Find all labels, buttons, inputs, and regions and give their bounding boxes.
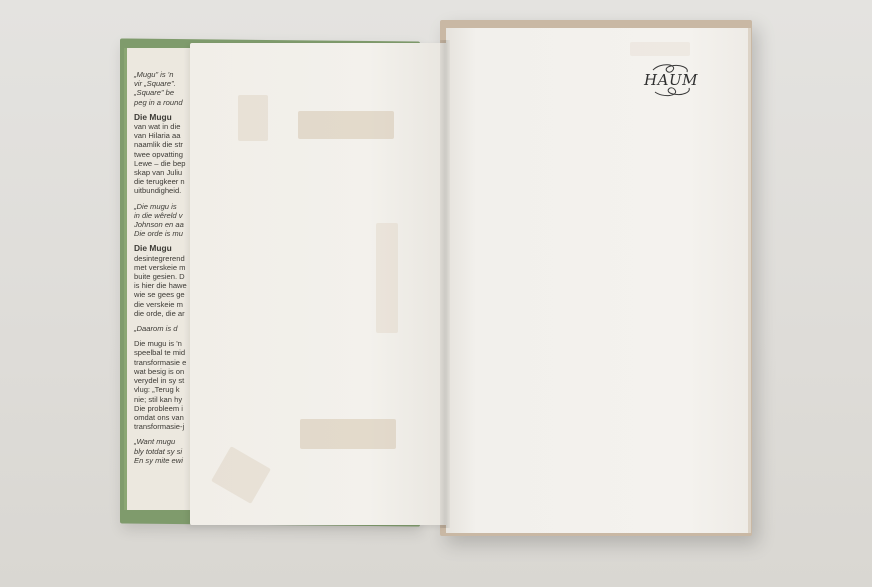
blurb-line: „Mugu” is 'n xyxy=(134,70,173,79)
blurb-line: desintegrerend xyxy=(134,254,185,263)
tape-stain xyxy=(376,223,398,333)
blurb-line: speelbal te mid xyxy=(134,348,185,357)
blurb-heading: Die Mugu xyxy=(134,112,172,122)
blurb-line: van Hilaria aa xyxy=(134,131,180,140)
tape-stain xyxy=(238,95,268,141)
blurb-line: „Want mugu xyxy=(134,437,175,446)
tape-stain xyxy=(300,419,396,449)
blurb-line: Die orde is mu xyxy=(134,229,183,238)
blurb-line: „Die mugu is xyxy=(134,202,177,211)
tape-stain xyxy=(630,42,690,56)
blurb-line: omdat ons van xyxy=(134,413,184,422)
tape-stain xyxy=(211,446,271,504)
blurb-line: En sy mite ewi xyxy=(134,456,183,465)
blurb-line: Lewe – die bep xyxy=(134,159,186,168)
blurb-line: twee opvatting xyxy=(134,150,183,159)
blurb-line: bly totdat sy si xyxy=(134,447,182,456)
photo-scene: „Mugu” is 'n vir „Square”. „Square” be p… xyxy=(0,0,872,587)
blurb-line: die terugkeer n xyxy=(134,177,185,186)
blurb-line: die verskeie m xyxy=(134,300,183,309)
blurb-line: wie se gees ge xyxy=(134,290,185,299)
blurb-line: met verskeie m xyxy=(134,263,185,272)
blurb-line: die orde, die ar xyxy=(134,309,185,318)
right-endpaper xyxy=(446,28,751,533)
blurb-line: transformasie-j xyxy=(134,422,184,431)
blurb-line: wat besig is on xyxy=(134,367,184,376)
blurb-line: Die mugu is 'n xyxy=(134,339,182,348)
blurb-line: transformasie e xyxy=(134,358,186,367)
blurb-heading: Die Mugu xyxy=(134,243,172,253)
blurb-line: Johnson en aa xyxy=(134,220,184,229)
blurb-line: uitbundigheid. xyxy=(134,186,181,195)
blurb-line: verydel in sy st xyxy=(134,376,184,385)
blurb-line: „Daarom is d xyxy=(134,324,177,333)
blurb-line: Die probleem i xyxy=(134,404,183,413)
blurb-line: „Square” be xyxy=(134,88,174,97)
blurb-line: van wat in die xyxy=(134,122,180,131)
blurb-line: skap van Juliu xyxy=(134,168,182,177)
left-endpaper xyxy=(190,43,446,525)
blurb-line: naamlik die str xyxy=(134,140,183,149)
blurb-line: vlug: „Terug k xyxy=(134,385,180,394)
blurb-line: peg in a round xyxy=(134,98,183,107)
blurb-line: vir „Square”. xyxy=(134,79,176,88)
blurb-line: is hier die hawe xyxy=(134,281,187,290)
blurb-line: buite gesien. D xyxy=(134,272,185,281)
blurb-line: nie; stil kan hy xyxy=(134,395,182,404)
publisher-name: HAUM xyxy=(644,71,698,89)
publisher-logo: HAUM xyxy=(643,60,699,100)
tape-stain xyxy=(298,111,394,139)
blurb-line: in die wêreld v xyxy=(134,211,183,220)
book-gutter xyxy=(440,40,450,528)
